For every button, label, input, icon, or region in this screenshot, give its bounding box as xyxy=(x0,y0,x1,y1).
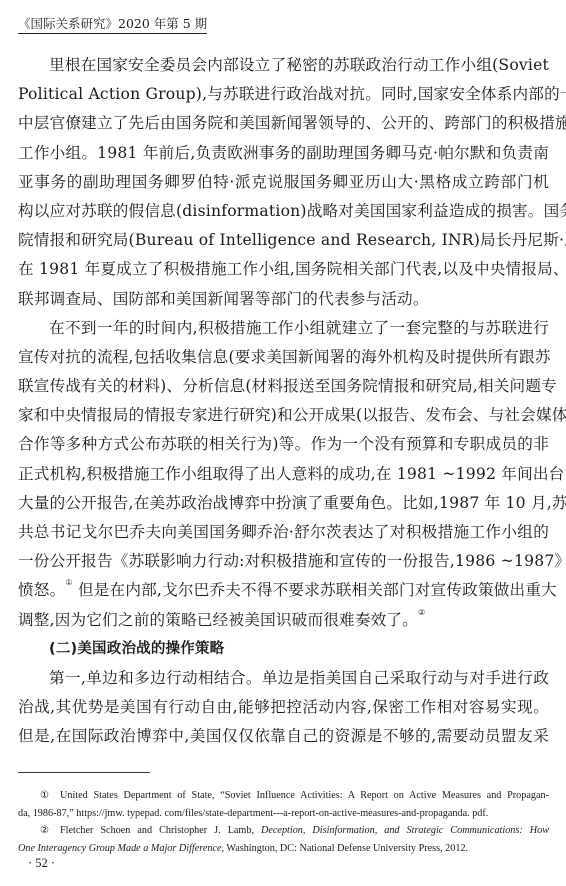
paragraph-line: 调整,因为它们之前的策略已经被美国识破而很难奏效了。② xyxy=(18,606,549,635)
paragraph-line: 里根在国家安全委员会内部设立了秘密的苏联政治行动工作小组(Soviet xyxy=(18,51,549,80)
paragraph-line: 治战,其优势是美国有行动自由,能够把控活动内容,保密工作相对容易实现。 xyxy=(18,693,549,722)
running-header: 《国际关系研究》2020 年第 5 期 xyxy=(18,16,207,34)
footnote-separator xyxy=(18,772,150,773)
paragraph-line: 亚事务的副助理国务卿罗伯特·派克说服国务卿亚历山大·黑格成立跨部门机 xyxy=(18,168,549,197)
body-text: 里根在国家安全委员会内部设立了秘密的苏联政治行动工作小组(Soviet Poli… xyxy=(18,51,549,752)
paragraph-line: 家和中央情报局的情报专家进行研究)和公开成果(以报告、发布会、与社会媒体 xyxy=(18,401,549,430)
paragraph-line: 宣传对抗的流程,包括收集信息(要求美国新闻署的海外机构及时提供所有跟苏 xyxy=(18,343,549,372)
paragraph-line: 在 1981 年夏成立了积极措施工作小组,国务院相关部门代表,以及中央情报局、 xyxy=(18,255,549,284)
paragraph-line: 院情报和研究局(Bureau of Intelligence and Resea… xyxy=(18,226,549,255)
footnote-marker: ① xyxy=(40,787,60,805)
paragraph-line: 构以应对苏联的假信息(disinformation)战略对美国国家利益造成的损害… xyxy=(18,197,549,226)
footnotes: ①United States Department of State, “Sov… xyxy=(18,787,549,857)
page-number: · 52 · xyxy=(28,856,55,871)
paragraph-line: 正式机构,积极措施工作小组取得了出人意料的成功,在 1981 ~1992 年间出… xyxy=(18,460,549,489)
paragraph-line: 中层官僚建立了先后由国务院和美国新闻署领导的、公开的、跨部门的积极措施 xyxy=(18,109,549,138)
paragraph-line: 联宣传战有关的材料)、分析信息(材料报送至国务院情报和研究局,相关问题专 xyxy=(18,372,549,401)
footnote-1-line-1: ①United States Department of State, “Sov… xyxy=(18,787,549,805)
paragraph-line: 第一,单边和多边行动相结合。单边是指美国自己采取行动与对手进行政 xyxy=(18,664,549,693)
paragraph-line: 联邦调查局、国防部和美国新闻署等部门的代表参与活动。 xyxy=(18,285,549,314)
paragraph-line: Political Action Group),与苏联进行政治战对抗。同时,国家… xyxy=(18,80,549,109)
footnote-ref-2[interactable]: ② xyxy=(418,608,425,617)
footnote-ref-1[interactable]: ① xyxy=(65,578,72,587)
paragraph-line: 愤怒。① 但是在内部,戈尔巴乔夫不得不要求苏联相关部门对宣传政策做出重大 xyxy=(18,576,549,605)
paragraph-line: 合作等多种方式公布苏联的相关行为)等。作为一个没有预算和专职成员的非 xyxy=(18,430,549,459)
footnote-marker: ② xyxy=(40,822,60,840)
paragraph-line: 但是,在国际政治博弈中,美国仅仅依靠自己的资源是不够的,需要动员盟友采 xyxy=(18,722,549,751)
footnote-2-line-2: One Interagency Group Made a Major Diffe… xyxy=(18,840,549,858)
paragraph-line: 在不到一年的时间内,积极措施工作小组就建立了一套完整的与苏联进行 xyxy=(18,314,549,343)
paragraph-line: 大量的公开报告,在美苏政治战博弈中扮演了重要角色。比如,1987 年 10 月,… xyxy=(18,489,549,518)
footnote-2-line-1: ②Fletcher Schoen and Christopher J. Lamb… xyxy=(18,822,549,840)
paragraph-line: 共总书记戈尔巴乔夫向美国国务卿乔治·舒尔茨表达了对积极措施工作小组的 xyxy=(18,518,549,547)
paragraph-line: 工作小组。1981 年前后,负责欧洲事务的副助理国务卿马克·帕尔默和负责南 xyxy=(18,139,549,168)
paragraph-line: 一份公开报告《苏联影响力行动:对积极措施和宣传的一份报告,1986 ~1987》… xyxy=(18,547,549,576)
footnote-1-line-2: da, 1986-87,” https://jmw. typepad. com/… xyxy=(18,805,549,823)
section-heading: (二)美国政治战的操作策略 xyxy=(18,635,549,664)
